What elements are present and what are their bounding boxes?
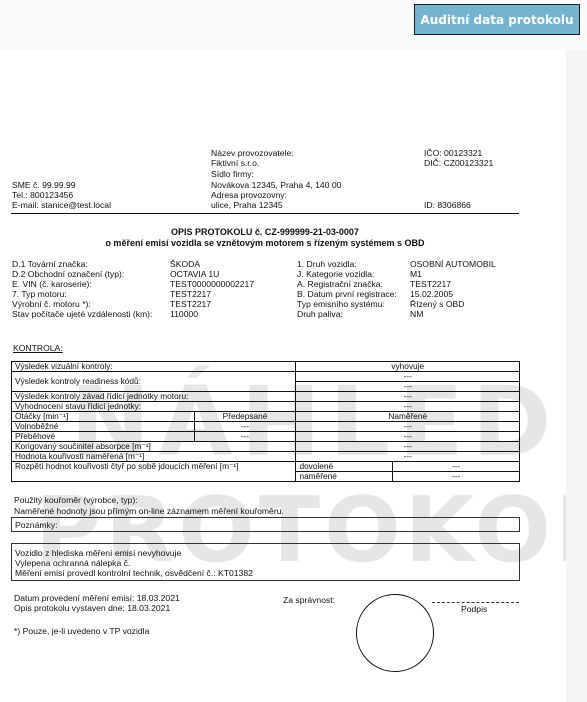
vehicle-value: 110000 bbox=[170, 309, 198, 319]
top-bar: Auditní data protokolu bbox=[0, 0, 587, 50]
operator-premises-label: Adresa provozovny: bbox=[211, 190, 287, 200]
ico: IČO: 00123321 bbox=[424, 148, 482, 158]
station-phone: Tel.: 800123456 bbox=[12, 190, 73, 200]
rpm-measured-header: Naměřené bbox=[296, 412, 520, 422]
vehicle-value: Řízený s OBD bbox=[410, 299, 464, 309]
measured-date: Datum provedení měření emisí: 18.03.2021 bbox=[14, 593, 180, 603]
issued-date: Opis protokolu vystaven dne: 18.03.2021 bbox=[14, 603, 170, 613]
opacity-value: --- bbox=[296, 452, 520, 462]
result-line: Vylepena ochranná nálepka č. bbox=[15, 558, 130, 568]
range-measured-value: --- bbox=[393, 472, 520, 482]
vehicle-label: J. Kategorie vozidla: bbox=[297, 269, 374, 279]
vehicle-value: 15.02.2005 bbox=[410, 289, 453, 299]
station-email: E-mail: stanice@test.local bbox=[12, 200, 111, 210]
footnote: *) Pouze, je-li uvedeno v TP vozidla bbox=[14, 626, 149, 636]
faults-label: Výsledek kontroly závad řídicí jednotky … bbox=[12, 392, 296, 402]
visual-label: Výsledek vizuální kontroly: bbox=[12, 362, 296, 372]
dic: DIČ: CZ00123321 bbox=[424, 158, 493, 168]
kontrola-table: Výsledek vizuální kontroly: vyhovuje Výs… bbox=[11, 361, 520, 482]
rpm-row-prescribed: --- bbox=[194, 432, 296, 442]
table-row: Korigovaný součinitel absorpce [m⁻¹] --- bbox=[12, 442, 520, 452]
table-row: Otáčky [min⁻¹] Předepsané Naměřené bbox=[12, 412, 520, 422]
notes-box: Poznámky: bbox=[11, 517, 520, 532]
ecu-state-label: Vyhodnocení stavu řídicí jednotky: bbox=[12, 402, 296, 412]
vehicle-label: Výrobní č. motoru *): bbox=[12, 299, 91, 309]
absorption-label: Korigovaný součinitel absorpce [m⁻¹] bbox=[12, 442, 296, 452]
operator-seat: Novákova 12345, Praha 4, 140 00 bbox=[211, 180, 341, 190]
table-row: Výsledek kontroly readiness kódů: --- bbox=[12, 372, 520, 382]
signature-line bbox=[432, 602, 519, 603]
kontrola-heading: KONTROLA: bbox=[13, 343, 63, 353]
result-line: Vozidlo z hlediska měření emisí nevyhovu… bbox=[15, 548, 181, 558]
vehicle-value: TEST0000000002217 bbox=[170, 279, 254, 289]
table-row: Vyhodnocení stavu řídicí jednotky: --- bbox=[12, 402, 520, 412]
notes-label: Poznámky: bbox=[15, 520, 58, 530]
vehicle-value: NM bbox=[410, 309, 423, 319]
correctness-label: Za správnost: bbox=[283, 595, 335, 605]
operator-seat-label: Sídlo firmy: bbox=[211, 169, 254, 179]
range-allowed-value: --- bbox=[393, 462, 520, 472]
operator-name: Fiktivní s.r.o. bbox=[211, 158, 259, 168]
vehicle-label: Typ emisního systému: bbox=[297, 299, 385, 309]
vehicle-value: OSOBNÍ AUTOMOBIL bbox=[410, 259, 496, 269]
table-row: Přeběhové --- --- bbox=[12, 432, 520, 442]
vehicle-value: TEST2217 bbox=[170, 299, 211, 309]
range-allowed-label: dovolené bbox=[296, 462, 393, 472]
table-row: Výsledek kontroly závad řídicí jednotky … bbox=[12, 392, 520, 402]
table-row: Rozpětí hodnot kouřivosti čtyř po sobě j… bbox=[12, 462, 520, 472]
vehicle-label: B. Datum první registrace: bbox=[297, 289, 397, 299]
operator-premises: ulice, Praha 12345 bbox=[211, 200, 283, 210]
station-sme: SME č. 99.99.99 bbox=[12, 180, 76, 190]
vehicle-label: D.2 Obchodní označení (typ): bbox=[12, 269, 124, 279]
rpm-row-measured: --- bbox=[296, 432, 520, 442]
readiness-value-2: --- bbox=[296, 382, 520, 392]
station-id: ID: 8306866 bbox=[424, 200, 471, 210]
stamp-circle bbox=[356, 594, 434, 672]
vehicle-label: Stav počítače ujeté vzdálenosti (km): bbox=[12, 309, 152, 319]
vehicle-label: A. Registrační značka: bbox=[297, 279, 383, 289]
vehicle-value: OCTAVIA 1U bbox=[170, 269, 219, 279]
vehicle-label: E. VIN (č. karoserie): bbox=[12, 279, 92, 289]
table-row: Hodnota kouřivosti naměřená [m⁻¹] --- bbox=[12, 452, 520, 462]
absorption-value: --- bbox=[296, 442, 520, 452]
vehicle-label: 1. Druh vozidla: bbox=[297, 259, 357, 269]
faults-value: --- bbox=[296, 392, 520, 402]
rpm-row-label: Volnoběžné bbox=[12, 422, 195, 432]
vehicle-value: M1 bbox=[410, 269, 422, 279]
vehicle-label: Druh paliva: bbox=[297, 309, 343, 319]
result-box: Vozidlo z hlediska měření emisí nevyhovu… bbox=[11, 543, 520, 581]
operator-name-label: Název provozovatele: bbox=[211, 148, 294, 158]
vehicle-value: ŠKODA bbox=[170, 259, 200, 269]
visual-value: vyhovuje bbox=[296, 362, 520, 372]
readiness-value-1: --- bbox=[296, 372, 520, 382]
rpm-label: Otáčky [min⁻¹] bbox=[12, 412, 195, 422]
audit-data-button[interactable]: Auditní data protokolu bbox=[414, 4, 580, 35]
table-row: Volnoběžné --- --- bbox=[12, 422, 520, 432]
document-title: OPIS PROTOKOLU č. CZ-999999-21-03-0007 bbox=[0, 227, 530, 238]
rpm-row-measured: --- bbox=[296, 422, 520, 432]
rpm-prescribed-header: Předepsané bbox=[194, 412, 296, 422]
vehicle-label: 7. Typ motoru: bbox=[12, 289, 67, 299]
vehicle-value: TEST2217 bbox=[410, 279, 451, 289]
rpm-row-label: Přeběhové bbox=[12, 432, 195, 442]
smokemeter-label: Použitý kouřoměr (výrobce, typ): bbox=[14, 495, 138, 505]
vehicle-value: TEST2217 bbox=[170, 289, 211, 299]
right-margin bbox=[566, 50, 587, 702]
range-measured-label: naměřené bbox=[296, 472, 393, 482]
ecu-state-value: --- bbox=[296, 402, 520, 412]
table-row: Výsledek vizuální kontroly: vyhovuje bbox=[12, 362, 520, 372]
readiness-label: Výsledek kontroly readiness kódů: bbox=[12, 372, 296, 392]
rpm-row-prescribed: --- bbox=[194, 422, 296, 432]
online-note: Naměřené hodnoty jsou přímým on-line záz… bbox=[14, 506, 284, 516]
opacity-label: Hodnota kouřivosti naměřená [m⁻¹] bbox=[12, 452, 296, 462]
result-line: Měření emisí provedl kontrolní technik, … bbox=[15, 568, 253, 578]
header-divider bbox=[11, 213, 519, 214]
document-subtitle: o měření emisí vozidla se vznětovým moto… bbox=[0, 238, 530, 249]
protocol-document: NÁHLED PROTOKOLU SME č. 99.99.99 Tel.: 8… bbox=[0, 50, 566, 702]
vehicle-label: D.1 Tovární značka: bbox=[12, 259, 88, 269]
range-label: Rozpětí hodnot kouřivosti čtyř po sobě j… bbox=[12, 462, 296, 482]
signature-label: Podpis bbox=[461, 604, 487, 614]
